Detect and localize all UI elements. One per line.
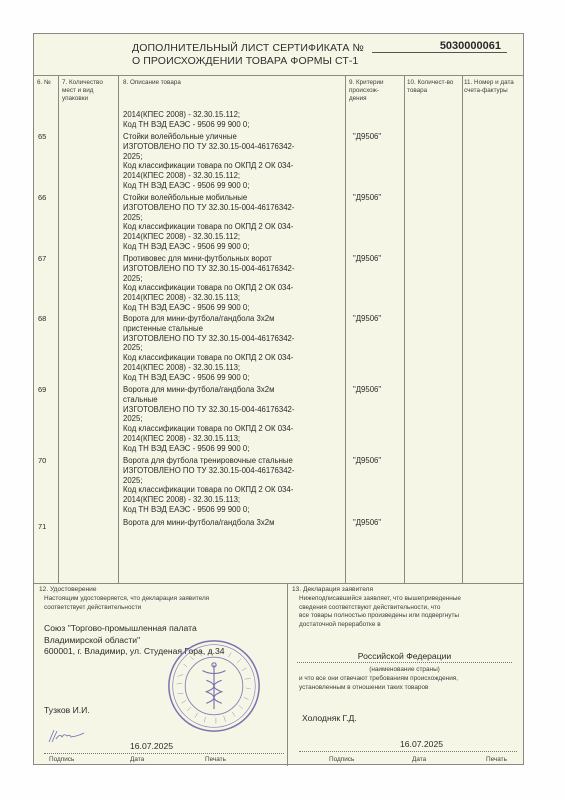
row-criterion: "Д9506" — [353, 314, 381, 323]
declaration-text: Нижеподписавшийся заявляет, что вышеприв… — [299, 595, 461, 629]
title-line-1: ДОПОЛНИТЕЛЬНЫЙ ЛИСТ СЕРТИФИКАТА № — [132, 42, 364, 54]
row-criterion: "Д9506" — [353, 456, 381, 465]
certificate-number: 5030000061 — [372, 40, 507, 53]
declaration-text-2: и что все они отвечают требованиям проис… — [299, 675, 458, 692]
caption-seal: Печать — [486, 756, 507, 763]
column-divider — [58, 75, 59, 583]
declaration-date: 16.07.2025 — [400, 739, 443, 749]
row-number: 66 — [38, 193, 46, 202]
caption-date: Дата — [412, 756, 426, 763]
country-caption: (наименование страны) — [297, 666, 512, 673]
declaration-section: 13. Декларация заявителя Нижеподписавший… — [287, 583, 524, 766]
column-divider — [462, 75, 463, 583]
row-criterion: "Д9506" — [353, 518, 381, 527]
country-name: Российской Федерации — [297, 651, 512, 663]
certifier-name: Тузков И.И. — [44, 705, 90, 715]
row-description: 2014(КПЕС 2008) - 32.30.15.112; Код ТН В… — [123, 110, 343, 130]
row-description: Ворота для мини-футбола/гандбола 3х2м — [123, 518, 343, 528]
col-header-number: 6. № — [37, 79, 57, 87]
caption-date: Дата — [130, 756, 144, 763]
signature-icon — [46, 727, 86, 745]
caption-signature: Подпись — [49, 756, 74, 763]
caption-seal: Печать — [205, 756, 226, 763]
row-description: Ворота для мини-футбола/гандбола 3х2м пр… — [123, 314, 343, 383]
certification-date: 16.07.2025 — [130, 741, 173, 751]
row-number: 71 — [38, 522, 46, 531]
signature-line — [299, 751, 517, 752]
column-divider — [345, 75, 346, 583]
title-block: ДОПОЛНИТЕЛЬНЫЙ ЛИСТ СЕРТИФИКАТА № О ПРОИ… — [34, 34, 523, 76]
chamber-seal-icon — [166, 638, 262, 734]
col-header-criteria: 9. Критерии происхож-дения — [349, 79, 394, 103]
row-description: Ворота для футбола тренировочные стальны… — [123, 456, 343, 515]
row-number: 68 — [38, 314, 46, 323]
col-header-quantity: 10. Количест-во товара — [407, 79, 457, 95]
column-divider — [404, 75, 405, 583]
certification-title: 12. Удостоверение — [39, 586, 97, 593]
col-header-packages: 7. Количество мест и вид упаковки — [62, 79, 114, 103]
column-divider — [118, 75, 119, 583]
row-number: 67 — [38, 254, 46, 263]
col-header-invoice: 11. Номер и дата счета-фактуры — [464, 79, 518, 95]
row-description: Стойки волейбольные уличные ИЗГОТОВЛЕНО … — [123, 132, 343, 191]
certification-text: Настоящим удостоверяется, что декларация… — [44, 595, 209, 612]
row-criterion: "Д9506" — [353, 132, 381, 141]
signature-line — [44, 753, 284, 754]
row-description: Ворота для мини-футбола/гандбола 3х2м ст… — [123, 385, 343, 454]
row-number: 65 — [38, 132, 46, 141]
row-criterion: "Д9506" — [353, 254, 381, 263]
row-number: 70 — [38, 456, 46, 465]
row-description: Противовес для мини-футбольных ворот ИЗГ… — [123, 254, 343, 313]
declarant-name: Холодняк Г.Д. — [302, 713, 357, 723]
row-criterion: "Д9506" — [353, 385, 381, 394]
certification-section: 12. Удостоверение Настоящим удостоверяет… — [34, 583, 288, 766]
row-description: Стойки волейбольные мобильные ИЗГОТОВЛЕН… — [123, 193, 343, 252]
declaration-title: 13. Декларация заявителя — [292, 586, 373, 593]
certificate-sheet: ДОПОЛНИТЕЛЬНЫЙ ЛИСТ СЕРТИФИКАТА № О ПРОИ… — [33, 33, 524, 765]
title-line-2: О ПРОИСХОЖДЕНИИ ТОВАРА ФОРМЫ СТ-1 — [132, 55, 358, 67]
row-criterion: "Д9506" — [353, 193, 381, 202]
row-number: 69 — [38, 385, 46, 394]
caption-signature: Подпись — [329, 756, 354, 763]
col-header-description: 8. Описание товара — [123, 79, 323, 87]
